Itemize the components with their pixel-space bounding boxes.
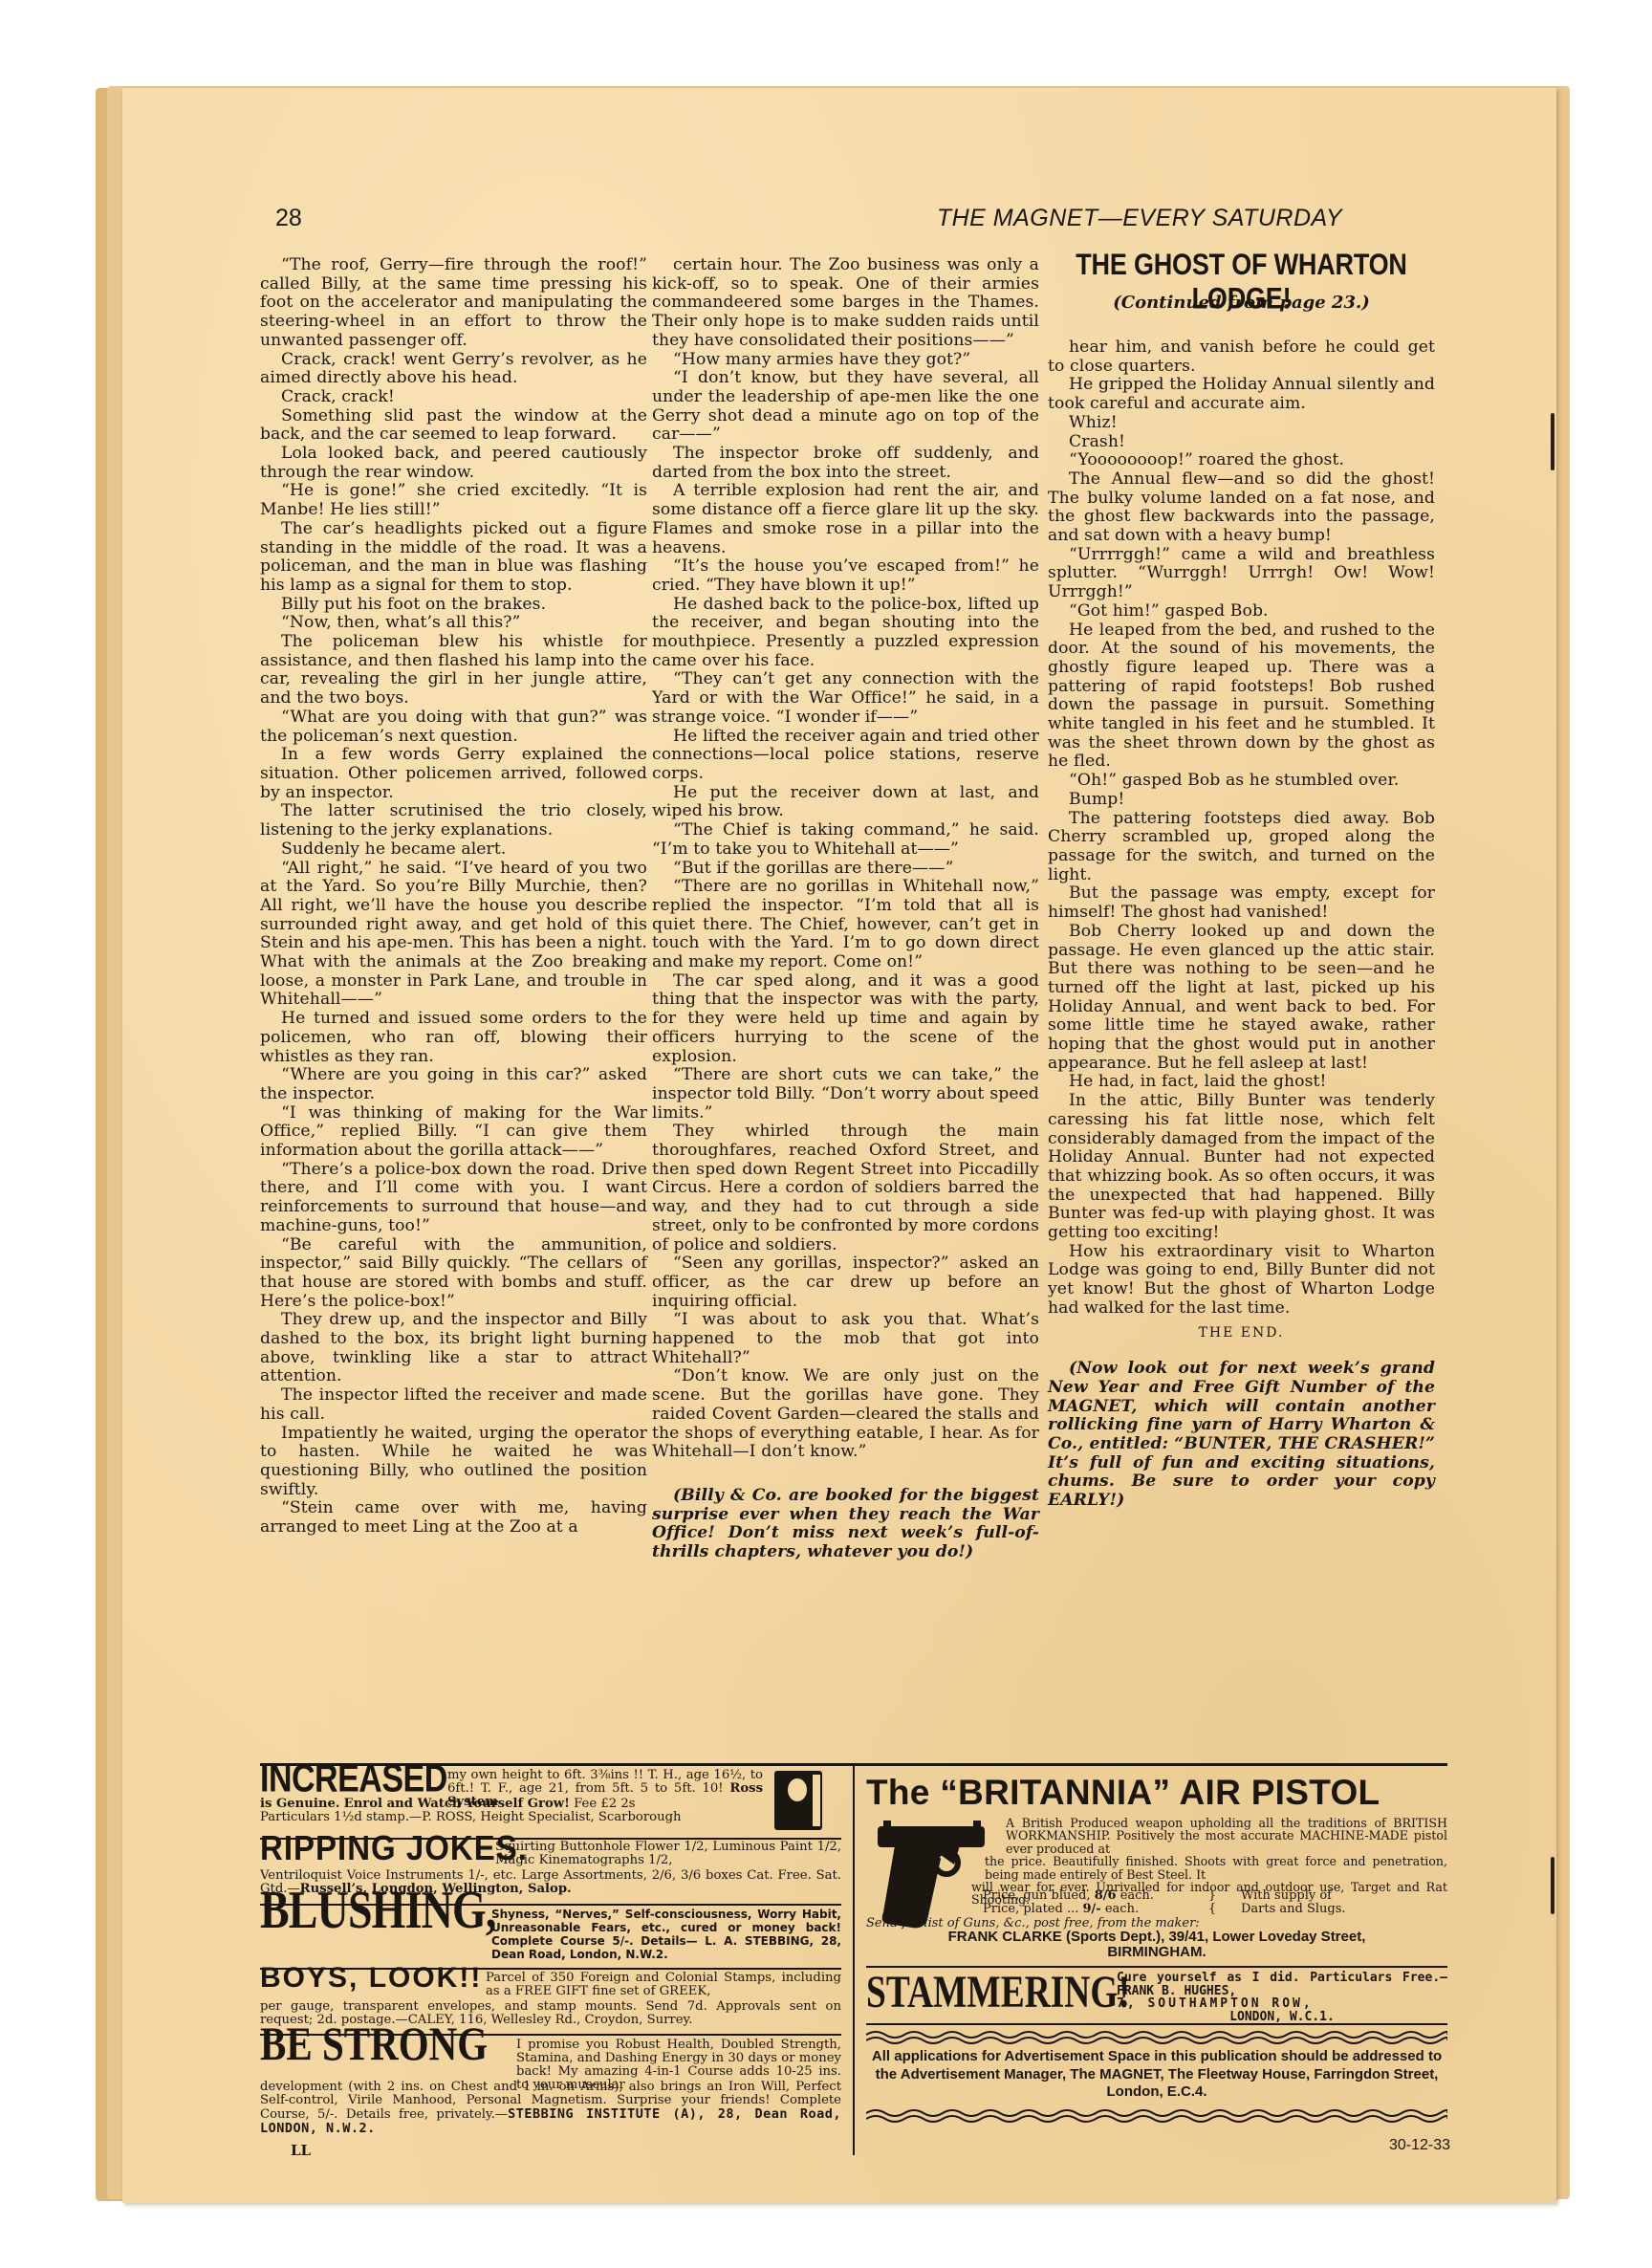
paragraph: Impatiently he waited, urging the operat… [260,1425,647,1500]
paragraph: He gripped the Holiday Annual silently a… [1048,376,1435,413]
paragraph: The pattering footsteps died away. Bob C… [1048,810,1435,885]
ad-headline: BOYS, LOOK!! [260,1972,482,1985]
masthead: THE MAGNET—EVERY SATURDAY [937,205,1342,232]
paragraph: The car’s headlights picked out a figure… [260,520,647,596]
paragraph: “There are no gorillas in Whitehall now,… [652,878,1039,972]
paragraph: He put the receiver down at last, and wi… [652,784,1039,821]
ad-text: Squirting Buttonhole Flower 1/2, Luminou… [495,1841,841,1867]
paragraph: “Where are you going in this car?” asked… [260,1066,647,1103]
price-list: Price, gun blued, 8/6 each.}With supply … [983,1889,1442,1915]
ad-stammering: STAMMERING! Cure yourself as I did. Part… [866,1972,1447,2025]
paragraph: Billy put his foot on the brakes. [260,596,647,615]
paragraph: “Stein came over with me, having arrange… [260,1499,647,1537]
ad-headline: The “BRITANNIA” AIR PISTOL [866,1773,1447,1813]
ad-maker-address: FRANK CLARKE (Sports Dept.), 39/41, Lowe… [866,1930,1447,1960]
paragraph: The Annual flew—and so did the ghost! Th… [1048,470,1435,546]
ad-headline: BE STRONG [260,2037,488,2050]
paragraph: “Don’t know. We are only just on the sce… [652,1367,1039,1462]
paragraph: “It’s the house you’ve escaped from!” he… [652,557,1039,595]
page-number: 28 [275,205,302,232]
paragraph: They drew up, and the inspector and Bill… [260,1311,647,1386]
ad-headline: STAMMERING! [866,1966,1130,2018]
next-week-teaser: (Now look out for next week’s grand New … [1048,1360,1435,1511]
paragraph: “But if the gorillas are there——” [652,860,1039,879]
paragraph: The latter scrutinised the trio closely,… [260,802,647,840]
paragraph: “Urrrrggh!” came a wild and breathless s… [1048,546,1435,602]
ad-headline: RIPPING JOKES. [260,1841,528,1855]
paragraph: “How many armies have they got?” [652,351,1039,370]
paragraph: The policeman blew his whistle for assis… [260,633,647,709]
magazine-page: 28 THE MAGNET—EVERY SATURDAY “The roof, … [122,88,1556,2203]
paragraph: The inspector lifted the receiver and ma… [260,1386,647,1424]
paragraph: “Seen any gorillas, inspector?” asked an… [652,1254,1039,1311]
ad-headline: INCREASED [260,1771,447,1787]
paragraph: He turned and issued some orders to the … [260,1010,647,1066]
advertising-notice: All applications for Advertisement Space… [866,2048,1447,2102]
paragraph: He dashed back to the police-box, lifted… [652,596,1039,671]
wavy-divider-icon [866,2029,1447,2046]
paragraph: Whiz! [1048,414,1435,433]
paragraph: “All right,” he said. “I’ve heard of you… [260,860,647,1011]
paragraph: They whirled through the main thoroughfa… [652,1123,1039,1254]
staple-mark [1551,413,1554,470]
paragraph: Something slid past the window at the ba… [260,407,647,445]
continued-from: (Continued from page 23.) [1048,293,1435,313]
story-paragraphs: hear him, and vanish before he could get… [1048,338,1435,1319]
the-end: THE END. [1048,1324,1435,1343]
ad-text: Cure yourself as I did. Particulars Free… [1117,1972,1447,2023]
ad-be-strong: BE STRONG I promise you Robust Health, D… [260,2039,841,2153]
paragraph: “They can’t get any connection with the … [652,670,1039,727]
paragraph: The car sped along, and it was a good th… [652,972,1039,1067]
printer-code: LL [291,2142,311,2159]
staple-mark [1551,1857,1554,1914]
paragraph: “There’s a police-box down the road. Dri… [260,1161,647,1236]
paragraph: “I don’t know, but they have several, al… [652,369,1039,445]
ad-text: development (with 2 ins. on Chest and 1 … [260,2081,841,2136]
serial-column-1: “The roof, Gerry—fire through the roof!”… [260,256,647,1537]
paragraph: Bob Cherry looked up and down the passag… [1048,923,1435,1074]
ad-text: Shyness, “Nerves,” Self-consciousness, W… [491,1908,841,1961]
paragraph: “Yoooooooop!” roared the ghost. [1048,451,1435,470]
paragraph: “The Chief is taking command,” he said. … [652,821,1039,859]
paragraph: Crack, crack! [260,388,647,407]
paragraph: hear him, and vanish before he could get… [1048,338,1435,376]
serial-column-2-paragraphs: certain hour. The Zoo business was only … [652,256,1039,1462]
ad-britannia-air-pistol: The “BRITANNIA” AIR PISTOL A British Pro… [866,1773,1447,1951]
paragraph: He leaped from the bed, and rushed to th… [1048,622,1435,773]
paragraph: Crack, crack! went Gerry’s revolver, as … [260,351,647,388]
paragraph: “Oh!” gasped Bob as he stumbled over. [1048,772,1435,791]
wavy-divider-icon [866,2107,1447,2125]
paragraph: The inspector broke off suddenly, and da… [652,445,1039,482]
serial-column-2: certain hour. The Zoo business was only … [652,256,1039,1562]
paragraph: “What are you doing with that gun?” was … [260,709,647,746]
portrait-illustration-icon [774,1771,822,1830]
paragraph: A terrible explosion had rent the air, a… [652,482,1039,557]
paragraph: “Now, then, what’s all this?” [260,614,647,633]
ad-blushing: BLUSHING, Shyness, “Nerves,” Self-consci… [260,1908,841,1967]
story-column: hear him, and vanish before he could get… [1048,338,1435,1511]
paragraph: Bump! [1048,791,1435,810]
paragraph: How his extraordinary visit to Wharton L… [1048,1243,1435,1319]
paragraph: “Be careful with the ammunition, inspect… [260,1236,647,1312]
paragraph: In the attic, Billy Bunter was tenderly … [1048,1092,1435,1243]
paragraph: Crash! [1048,433,1435,452]
paragraph: “The roof, Gerry—fire through the roof!”… [260,256,647,351]
serial-teaser: (Billy & Co. are booked for the biggest … [652,1487,1039,1562]
ad-text: Parcel of 350 Foreign and Colonial Stamp… [486,1972,841,1998]
paragraph: “He is gone!” she cried excitedly. “It i… [260,482,647,519]
ad-headline: BLUSHING, [260,1904,496,1917]
paragraph: Lola looked back, and peered cautiously … [260,445,647,482]
ad-text: is Genuine. Enrol and Watch Yourself Gro… [260,1798,763,1824]
paragraph: “I was thinking of making for the War Of… [260,1104,647,1161]
paragraph: “Got him!” gasped Bob. [1048,602,1435,622]
paragraph: “There are short cuts we can take,” the … [652,1066,1039,1123]
paragraph: In a few words Gerry explained the situa… [260,746,647,802]
paragraph: He lifted the receiver again and tried o… [652,728,1039,784]
paragraph: “I was about to ask you that. What’s hap… [652,1311,1039,1367]
paragraph: Suddenly he became alert. [260,840,647,860]
paragraph: But the passage was empty, except for hi… [1048,884,1435,922]
running-head: 28 THE MAGNET—EVERY SATURDAY [275,205,1423,243]
ads-column-divider [853,1763,855,2155]
issue-date: 30-12-33 [1389,2137,1450,2154]
paragraph: He had, in fact, laid the ghost! [1048,1073,1435,1092]
paragraph: certain hour. The Zoo business was only … [652,256,1039,351]
